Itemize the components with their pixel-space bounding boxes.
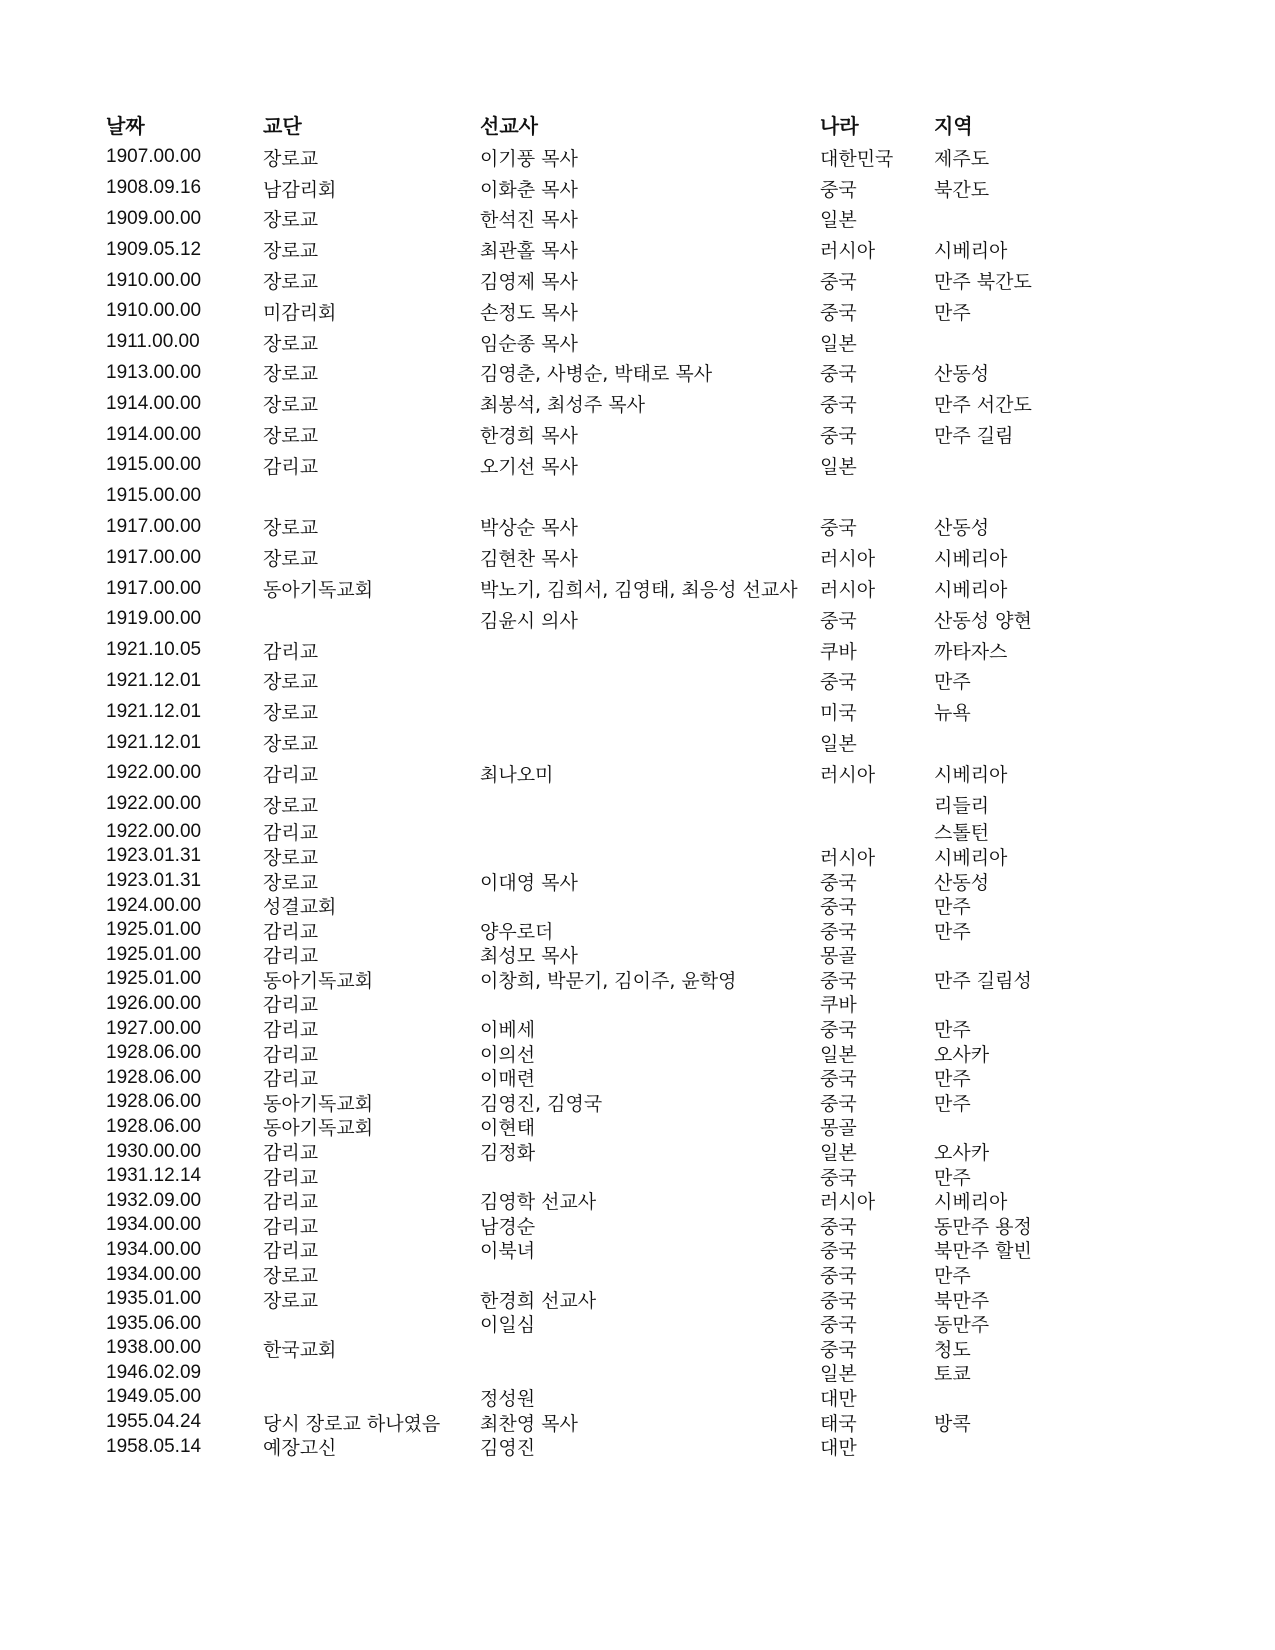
cell-missionary: 김영제 목사 [480, 267, 820, 294]
cell-country: 중국 [820, 892, 934, 919]
cell-denomination: 장로교 [263, 1261, 480, 1288]
cell-date: 1925.01.00 [106, 944, 263, 966]
cell-denomination: 감리교 [263, 760, 480, 787]
cell-date: 1934.00.00 [106, 1239, 263, 1261]
cell-missionary: 최봉석, 최성주 목사 [480, 390, 820, 417]
cell-country: 중국 [820, 298, 934, 325]
cell-date: 1955.04.24 [106, 1411, 263, 1433]
table-row: 1924.00.00성결교회중국만주 [106, 893, 1206, 918]
cell-region: 뉴욕 [934, 698, 1134, 725]
table-row: 1934.00.00감리교남경순중국동만주 용정 [106, 1213, 1206, 1238]
cell-region: 토쿄 [934, 1359, 1134, 1386]
table-row: 1946.02.09일본토쿄 [106, 1361, 1206, 1386]
table-row: 1922.00.00장로교리들리 [106, 789, 1206, 820]
cell-region: 만주 [934, 1089, 1134, 1116]
cell-missionary: 김현찬 목사 [480, 544, 820, 571]
cell-date: 1932.09.00 [106, 1190, 263, 1212]
cell-date: 1917.00.00 [106, 578, 263, 600]
cell-region: 시베리아 [934, 544, 1134, 571]
cell-date: 1934.00.00 [106, 1214, 263, 1236]
table-row: 1935.01.00장로교한경희 선교사중국북만주 [106, 1287, 1206, 1312]
cell-denomination: 장로교 [263, 667, 480, 694]
cell-missionary: 손정도 목사 [480, 298, 820, 325]
cell-country: 중국 [820, 1064, 934, 1091]
cell-date: 1949.05.00 [106, 1386, 263, 1408]
cell-country: 중국 [820, 1163, 934, 1190]
cell-missionary: 이의선 [480, 1040, 820, 1067]
table-row: 1958.05.14예장고신김영진대만 [106, 1434, 1206, 1459]
cell-country: 대한민국 [820, 144, 934, 171]
cell-region: 제주도 [934, 144, 1134, 171]
table-row: 1923.01.31장로교이대영 목사중국산동성 [106, 869, 1206, 894]
cell-denomination: 감리교 [263, 452, 480, 479]
cell-region: 리들리 [934, 791, 1134, 818]
cell-country: 러시아 [820, 843, 934, 870]
header-region: 지역 [934, 110, 1134, 139]
table-row: 1907.00.00장로교이기풍 목사대한민국제주도 [106, 142, 1206, 173]
cell-missionary: 최나오미 [480, 760, 820, 787]
cell-country: 쿠바 [820, 990, 934, 1017]
cell-denomination: 장로교 [263, 205, 480, 232]
table-row: 1909.00.00장로교한석진 목사일본 [106, 204, 1206, 235]
cell-denomination: 감리교 [263, 990, 480, 1017]
table-row: 1921.10.05감리교쿠바까타자스 [106, 635, 1206, 666]
cell-missionary: 이창희, 박문기, 김이주, 윤학영 [480, 966, 820, 993]
cell-missionary: 오기선 목사 [480, 452, 820, 479]
cell-region: 산동성 [934, 359, 1134, 386]
cell-country: 일본 [820, 1359, 934, 1386]
cell-denomination: 장로교 [263, 791, 480, 818]
cell-country: 일본 [820, 452, 934, 479]
cell-region: 만주 [934, 1261, 1134, 1288]
cell-country: 러시아 [820, 544, 934, 571]
header-denomination: 교단 [263, 110, 480, 139]
cell-region: 까타자스 [934, 637, 1134, 664]
cell-missionary: 김영춘, 사병순, 박태로 목사 [480, 359, 820, 386]
cell-region: 시베리아 [934, 760, 1134, 787]
table-row: 1928.06.00동아기독교회김영진, 김영국중국만주 [106, 1090, 1206, 1115]
cell-country: 중국 [820, 513, 934, 540]
cell-region: 오사카 [934, 1040, 1134, 1067]
table-row: 1935.06.00이일심중국동만주 [106, 1311, 1206, 1336]
cell-region: 청도 [934, 1335, 1134, 1362]
cell-date: 1921.12.01 [106, 732, 263, 754]
cell-denomination: 장로교 [263, 329, 480, 356]
cell-date: 1911.00.00 [106, 331, 263, 353]
cell-denomination: 장로교 [263, 544, 480, 571]
cell-country: 대만 [820, 1384, 934, 1411]
cell-region: 동만주 [934, 1310, 1134, 1337]
table-row: 1908.09.16남감리회이화춘 목사중국북간도 [106, 173, 1206, 204]
cell-region: 만주 북간도 [934, 267, 1134, 294]
cell-date: 1919.00.00 [106, 608, 263, 630]
cell-denomination: 장로교 [263, 1286, 480, 1313]
cell-denomination: 장로교 [263, 513, 480, 540]
table-row: 1923.01.31장로교러시아시베리아 [106, 844, 1206, 869]
table-row: 1910.00.00미감리회손정도 목사중국만주 [106, 296, 1206, 327]
cell-missionary: 김영진, 김영국 [480, 1089, 820, 1116]
cell-date: 1921.12.01 [106, 670, 263, 692]
header-date: 날짜 [106, 110, 263, 139]
cell-country: 중국 [820, 421, 934, 448]
cell-denomination: 장로교 [263, 843, 480, 870]
table-row: 1919.00.00김윤시 의사중국산동성 양현 [106, 604, 1206, 635]
cell-missionary: 김영학 선교사 [480, 1187, 820, 1214]
table-row: 1910.00.00장로교김영제 목사중국만주 북간도 [106, 265, 1206, 296]
cell-denomination: 감리교 [263, 917, 480, 944]
cell-denomination: 남감리회 [263, 175, 480, 202]
cell-missionary: 정성원 [480, 1384, 820, 1411]
cell-country: 중국 [820, 267, 934, 294]
cell-missionary: 한석진 목사 [480, 205, 820, 232]
cell-missionary: 이대영 목사 [480, 868, 820, 895]
cell-date: 1917.00.00 [106, 547, 263, 569]
cell-denomination: 감리교 [263, 1187, 480, 1214]
cell-denomination: 한국교회 [263, 1335, 480, 1362]
cell-region: 만주 [934, 1163, 1134, 1190]
cell-missionary: 한경희 선교사 [480, 1286, 820, 1313]
cell-country: 중국 [820, 1212, 934, 1239]
table-row: 1934.00.00장로교중국만주 [106, 1262, 1206, 1287]
cell-region: 만주 [934, 892, 1134, 919]
table-row: 1922.00.00감리교스톨턴 [106, 820, 1206, 845]
cell-date: 1922.00.00 [106, 821, 263, 843]
table-row: 1927.00.00감리교이베세중국만주 [106, 1016, 1206, 1041]
cell-date: 1917.00.00 [106, 516, 263, 538]
cell-country: 중국 [820, 606, 934, 633]
table-row: 1917.00.00장로교박상순 목사중국산동성 [106, 512, 1206, 543]
cell-denomination: 감리교 [263, 1064, 480, 1091]
cell-date: 1909.05.12 [106, 239, 263, 261]
cell-denomination: 동아기독교회 [263, 966, 480, 993]
cell-date: 1931.12.14 [106, 1165, 263, 1187]
cell-region: 북간도 [934, 175, 1134, 202]
cell-country: 중국 [820, 1310, 934, 1337]
cell-denomination: 성결교회 [263, 892, 480, 919]
cell-region: 시베리아 [934, 236, 1134, 263]
cell-region: 동만주 용정 [934, 1212, 1134, 1239]
cell-denomination: 장로교 [263, 421, 480, 448]
cell-date: 1921.12.01 [106, 701, 263, 723]
cell-region: 산동성 양현 [934, 606, 1134, 633]
cell-denomination: 동아기독교회 [263, 1113, 480, 1140]
cell-denomination: 당시 장로교 하나였음 [263, 1409, 480, 1436]
cell-region: 시베리아 [934, 1187, 1134, 1214]
cell-date: 1922.00.00 [106, 793, 263, 815]
cell-denomination: 감리교 [263, 1163, 480, 1190]
cell-date: 1926.00.00 [106, 993, 263, 1015]
cell-region: 시베리아 [934, 575, 1134, 602]
cell-country: 중국 [820, 1015, 934, 1042]
table-row: 1921.12.01장로교일본 [106, 727, 1206, 758]
cell-country: 중국 [820, 868, 934, 895]
cell-denomination: 감리교 [263, 1212, 480, 1239]
cell-missionary: 남경순 [480, 1212, 820, 1239]
cell-denomination: 동아기독교회 [263, 1089, 480, 1116]
table-row: 1921.12.01장로교중국만주 [106, 666, 1206, 697]
cell-date: 1928.06.00 [106, 1067, 263, 1089]
cell-date: 1908.09.16 [106, 177, 263, 199]
cell-country: 몽골 [820, 1113, 934, 1140]
cell-region: 산동성 [934, 513, 1134, 540]
cell-missionary: 김윤시 의사 [480, 606, 820, 633]
cell-country: 중국 [820, 966, 934, 993]
table-row: 1955.04.24당시 장로교 하나였음최찬영 목사태국방콕 [106, 1410, 1206, 1435]
table-row: 1917.00.00동아기독교회박노기, 김희서, 김영태, 최응성 선교사러시… [106, 573, 1206, 604]
table-row: 1925.01.00동아기독교회이창희, 박문기, 김이주, 윤학영중국만주 길… [106, 967, 1206, 992]
cell-missionary: 이베세 [480, 1015, 820, 1042]
cell-date: 1910.00.00 [106, 300, 263, 322]
cell-country: 중국 [820, 359, 934, 386]
cell-country: 중국 [820, 1286, 934, 1313]
cell-denomination: 장로교 [263, 267, 480, 294]
table-row: 1925.01.00감리교최성모 목사몽골 [106, 943, 1206, 968]
cell-country: 중국 [820, 1089, 934, 1116]
cell-country: 러시아 [820, 575, 934, 602]
table-row: 1915.00.00감리교오기선 목사일본 [106, 450, 1206, 481]
table-body: 1907.00.00장로교이기풍 목사대한민국제주도1908.09.16남감리회… [106, 142, 1206, 1459]
cell-country: 중국 [820, 917, 934, 944]
cell-country: 미국 [820, 698, 934, 725]
cell-denomination: 감리교 [263, 1138, 480, 1165]
table-row: 1914.00.00장로교최봉석, 최성주 목사중국만주 서간도 [106, 388, 1206, 419]
cell-denomination: 감리교 [263, 941, 480, 968]
table-row: 1949.05.00정성원대만 [106, 1385, 1206, 1410]
cell-date: 1915.00.00 [106, 454, 263, 476]
cell-date: 1925.01.00 [106, 968, 263, 990]
cell-missionary: 한경희 목사 [480, 421, 820, 448]
cell-denomination: 장로교 [263, 729, 480, 756]
table-row: 1928.06.00감리교이의선일본오사카 [106, 1041, 1206, 1066]
cell-missionary: 최성모 목사 [480, 941, 820, 968]
cell-denomination: 예장고신 [263, 1433, 480, 1460]
cell-missionary: 이현태 [480, 1113, 820, 1140]
cell-missionary: 이매련 [480, 1064, 820, 1091]
cell-country: 중국 [820, 1236, 934, 1263]
cell-date: 1958.05.14 [106, 1436, 263, 1458]
table-row: 1932.09.00감리교김영학 선교사러시아시베리아 [106, 1188, 1206, 1213]
cell-date: 1935.06.00 [106, 1313, 263, 1335]
cell-missionary: 이화춘 목사 [480, 175, 820, 202]
cell-country: 러시아 [820, 1187, 934, 1214]
cell-region: 만주 [934, 298, 1134, 325]
cell-denomination: 장로교 [263, 390, 480, 417]
cell-missionary: 이일심 [480, 1310, 820, 1337]
cell-date: 1914.00.00 [106, 393, 263, 415]
cell-date: 1915.00.00 [106, 485, 263, 507]
table-row: 1938.00.00한국교회중국청도 [106, 1336, 1206, 1361]
cell-date: 1913.00.00 [106, 362, 263, 384]
cell-country: 일본 [820, 205, 934, 232]
cell-date: 1927.00.00 [106, 1018, 263, 1040]
table-row: 1917.00.00장로교김현찬 목사러시아시베리아 [106, 542, 1206, 573]
cell-region: 북만주 [934, 1286, 1134, 1313]
cell-date: 1923.01.31 [106, 845, 263, 867]
cell-date: 1934.00.00 [106, 1264, 263, 1286]
table-row: 1911.00.00장로교임순종 목사일본 [106, 327, 1206, 358]
table-row: 1928.06.00동아기독교회이현태몽골 [106, 1115, 1206, 1140]
cell-country: 일본 [820, 329, 934, 356]
table-header: 날짜 교단 선교사 나라 지역 [106, 106, 1206, 142]
cell-country: 몽골 [820, 941, 934, 968]
cell-country: 러시아 [820, 760, 934, 787]
table-row: 1915.00.00 [106, 481, 1206, 512]
cell-country: 중국 [820, 390, 934, 417]
cell-missionary: 이북녀 [480, 1236, 820, 1263]
table-row: 1926.00.00감리교쿠바 [106, 992, 1206, 1017]
cell-country: 대만 [820, 1433, 934, 1460]
cell-denomination: 장로교 [263, 236, 480, 263]
cell-country: 러시아 [820, 236, 934, 263]
cell-date: 1928.06.00 [106, 1116, 263, 1138]
cell-denomination: 장로교 [263, 868, 480, 895]
cell-date: 1907.00.00 [106, 146, 263, 168]
cell-region: 스톨턴 [934, 818, 1134, 845]
cell-region: 만주 [934, 1015, 1134, 1042]
cell-region: 만주 길림성 [934, 966, 1134, 993]
table-row: 1930.00.00감리교김정화일본오사카 [106, 1139, 1206, 1164]
table-row: 1922.00.00감리교최나오미러시아시베리아 [106, 758, 1206, 789]
cell-region: 만주 [934, 917, 1134, 944]
table-row: 1928.06.00감리교이매련중국만주 [106, 1065, 1206, 1090]
cell-missionary: 양우로더 [480, 917, 820, 944]
cell-region: 만주 길림 [934, 421, 1134, 448]
missionary-table: 날짜 교단 선교사 나라 지역 1907.00.00장로교이기풍 목사대한민국제… [106, 106, 1206, 1459]
cell-denomination: 감리교 [263, 637, 480, 664]
cell-denomination: 장로교 [263, 698, 480, 725]
header-country: 나라 [820, 110, 934, 139]
cell-denomination: 감리교 [263, 818, 480, 845]
cell-date: 1930.00.00 [106, 1141, 263, 1163]
cell-date: 1924.00.00 [106, 895, 263, 917]
cell-date: 1922.00.00 [106, 762, 263, 784]
cell-country: 중국 [820, 175, 934, 202]
cell-missionary: 김영진 [480, 1433, 820, 1460]
cell-date: 1910.00.00 [106, 270, 263, 292]
cell-date: 1928.06.00 [106, 1091, 263, 1113]
cell-denomination: 감리교 [263, 1236, 480, 1263]
cell-date: 1938.00.00 [106, 1337, 263, 1359]
cell-country: 일본 [820, 1040, 934, 1067]
cell-region: 산동성 [934, 868, 1134, 895]
cell-country: 중국 [820, 1335, 934, 1362]
cell-region: 시베리아 [934, 843, 1134, 870]
cell-missionary: 김정화 [480, 1138, 820, 1165]
table-row: 1925.01.00감리교양우로더중국만주 [106, 918, 1206, 943]
cell-denomination: 미감리회 [263, 298, 480, 325]
table-row: 1934.00.00감리교이북녀중국북만주 할빈 [106, 1238, 1206, 1263]
cell-country: 중국 [820, 1261, 934, 1288]
cell-date: 1923.01.31 [106, 870, 263, 892]
cell-date: 1935.01.00 [106, 1288, 263, 1310]
cell-missionary: 최찬영 목사 [480, 1409, 820, 1436]
table-row: 1914.00.00장로교한경희 목사중국만주 길림 [106, 419, 1206, 450]
cell-denomination: 감리교 [263, 1040, 480, 1067]
header-missionary: 선교사 [480, 110, 820, 139]
table-row: 1909.05.12장로교최관홀 목사러시아시베리아 [106, 234, 1206, 265]
table-row: 1913.00.00장로교김영춘, 사병순, 박태로 목사중국산동성 [106, 358, 1206, 389]
cell-date: 1914.00.00 [106, 424, 263, 446]
cell-denomination: 동아기독교회 [263, 575, 480, 602]
cell-region: 방콕 [934, 1409, 1134, 1436]
table-row: 1921.12.01장로교미국뉴욕 [106, 696, 1206, 727]
cell-missionary: 박노기, 김희서, 김영태, 최응성 선교사 [480, 575, 820, 602]
cell-region: 만주 [934, 1064, 1134, 1091]
cell-missionary: 최관홀 목사 [480, 236, 820, 263]
cell-date: 1928.06.00 [106, 1042, 263, 1064]
cell-missionary: 임순종 목사 [480, 329, 820, 356]
cell-denomination: 장로교 [263, 359, 480, 386]
cell-country: 일본 [820, 729, 934, 756]
cell-date: 1921.10.05 [106, 639, 263, 661]
cell-denomination: 감리교 [263, 1015, 480, 1042]
cell-missionary: 이기풍 목사 [480, 144, 820, 171]
cell-region: 북만주 할빈 [934, 1236, 1134, 1263]
cell-country: 쿠바 [820, 637, 934, 664]
cell-country: 일본 [820, 1138, 934, 1165]
table-row: 1931.12.14감리교중국만주 [106, 1164, 1206, 1189]
cell-date: 1946.02.09 [106, 1362, 263, 1384]
cell-date: 1925.01.00 [106, 919, 263, 941]
cell-date: 1909.00.00 [106, 208, 263, 230]
cell-region: 오사카 [934, 1138, 1134, 1165]
cell-country: 중국 [820, 667, 934, 694]
cell-region: 만주 [934, 667, 1134, 694]
cell-denomination: 장로교 [263, 144, 480, 171]
cell-missionary: 박상순 목사 [480, 513, 820, 540]
cell-country: 태국 [820, 1409, 934, 1436]
cell-region: 만주 서간도 [934, 390, 1134, 417]
